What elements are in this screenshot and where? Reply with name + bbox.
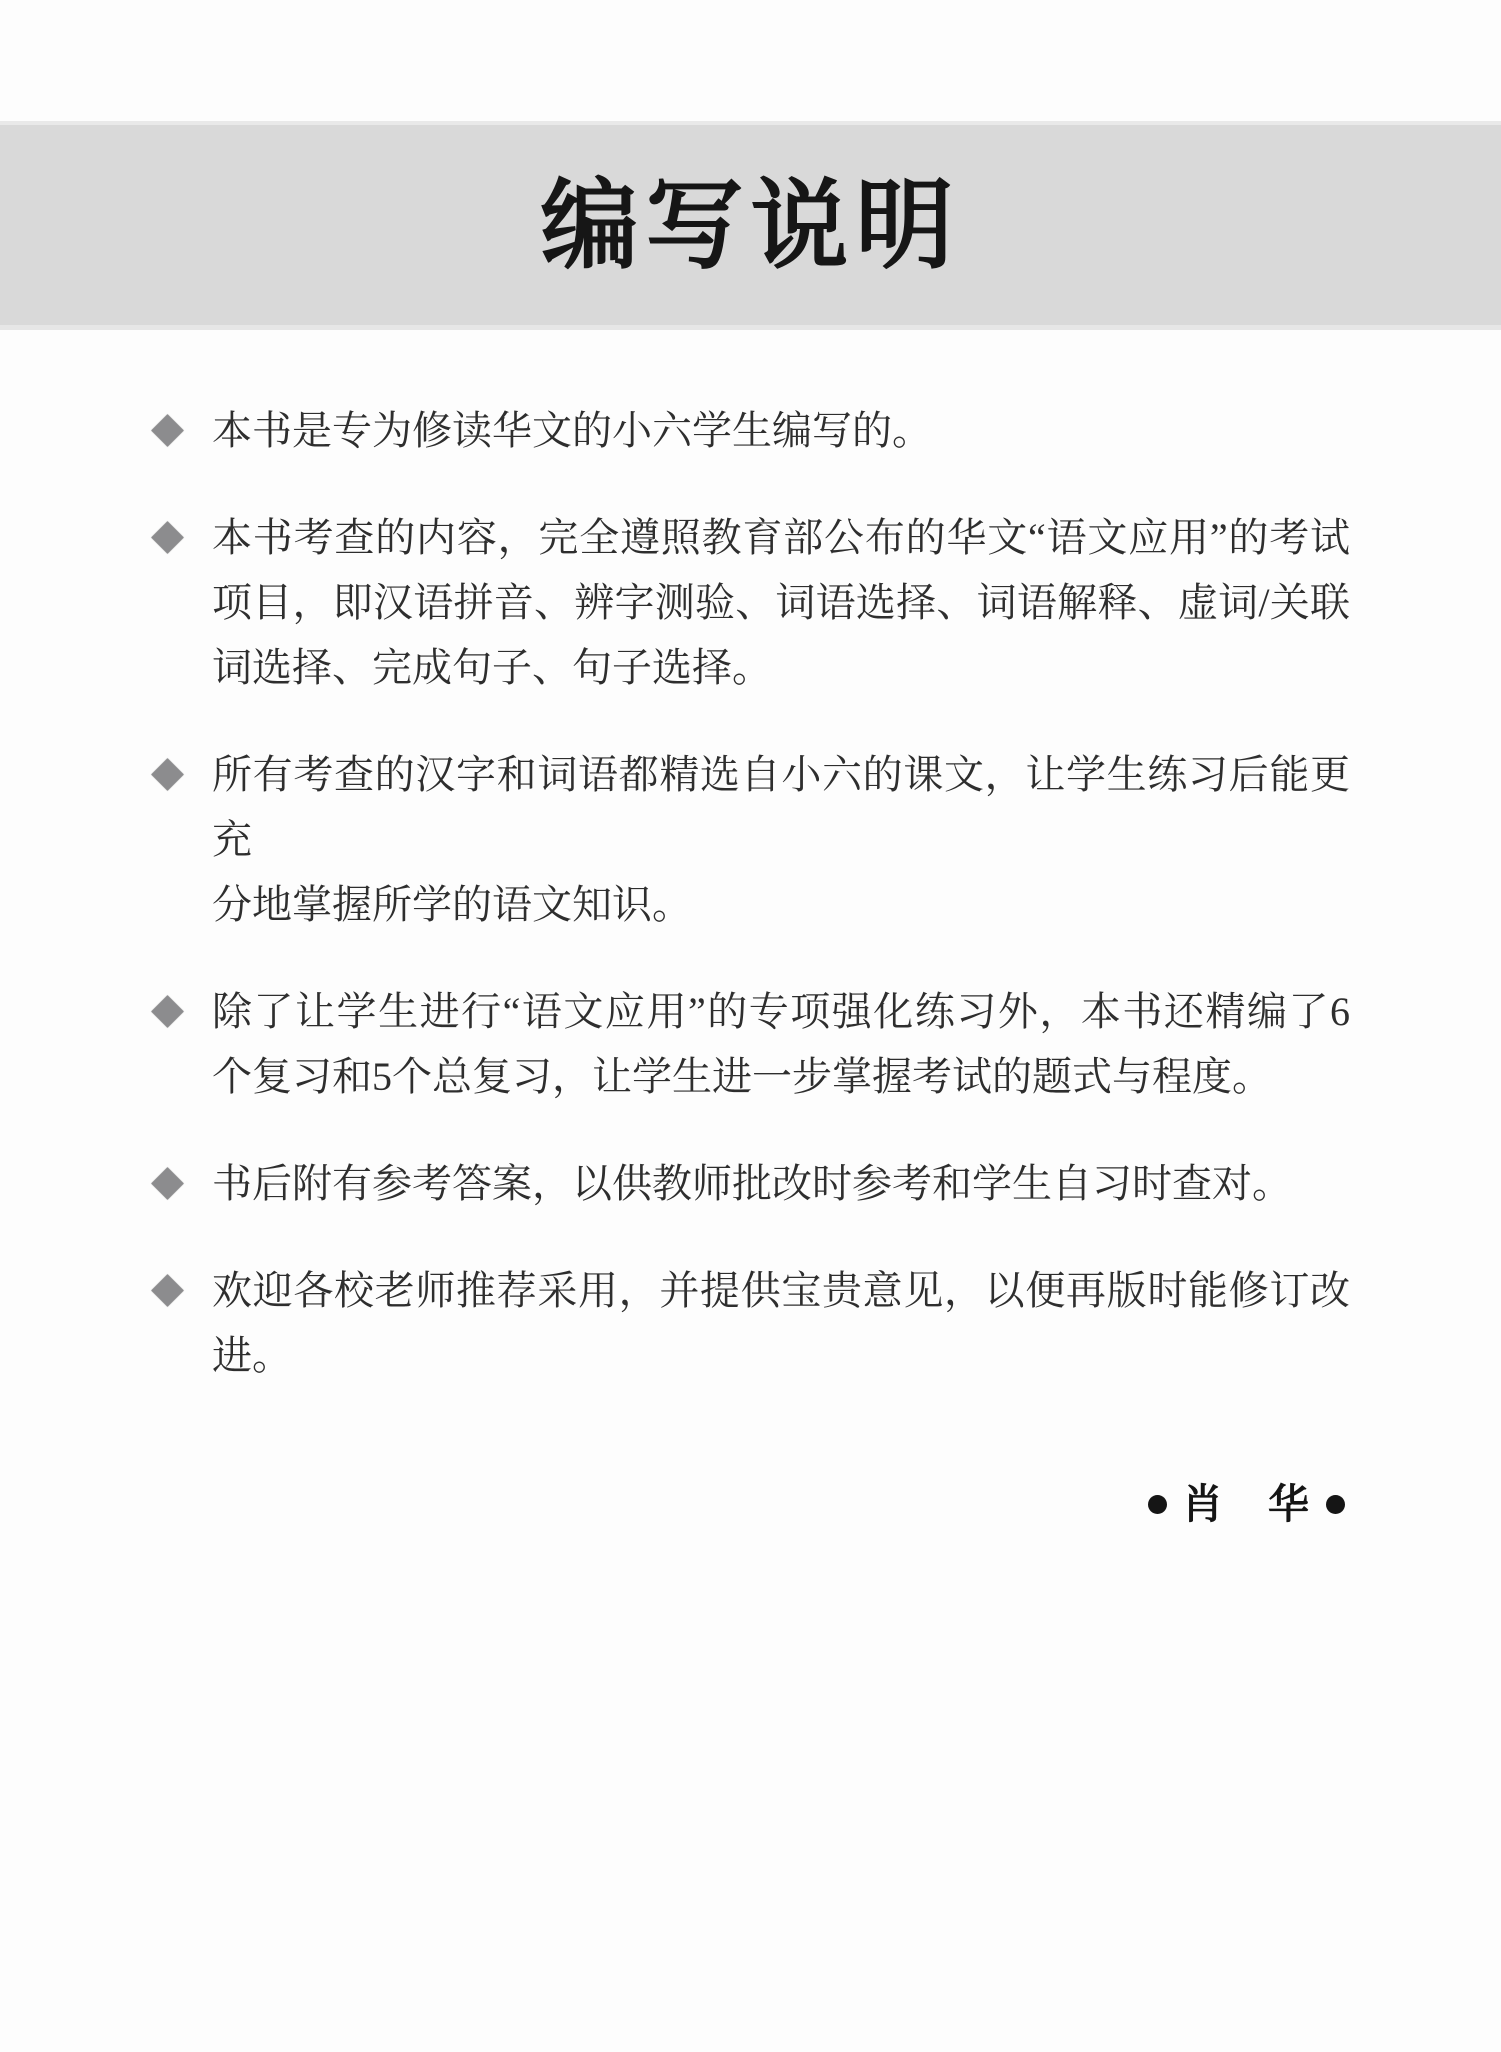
diamond-bullet-icon (152, 1151, 212, 1216)
diamond-shape (151, 414, 184, 447)
bullet-item: 欢迎各校老师推荐采用，并提供宝贵意见，以便再版时能修订改 进。 (152, 1258, 1350, 1388)
bullet-text-line: 词选择、完成句子、句子选择。 (212, 635, 1350, 700)
diamond-bullet-icon (152, 1258, 212, 1323)
bullet-text-line: 分地掌握所学的语文知识。 (212, 872, 1350, 937)
bullet-item: 本书是专为修读华文的小六学生编写的。 (152, 398, 1350, 463)
diamond-bullet-icon (152, 398, 212, 463)
signature-dot-icon (1148, 1495, 1167, 1514)
bullet-text-line: 书后附有参考答案，以供教师批改时参考和学生自习时查对。 (212, 1151, 1350, 1216)
diamond-shape (151, 1274, 184, 1307)
diamond-bullet-icon (152, 742, 212, 807)
author-signature: 肖 华 (1148, 1484, 1345, 1525)
title-band: 编写说明 (0, 121, 1501, 330)
diamond-bullet-icon (152, 979, 212, 1044)
signature-dot-icon (1326, 1495, 1345, 1514)
bullet-item: 除了让学生进行“语文应用”的专项强化练习外，本书还精编了6 个复习和5个总复习，… (152, 979, 1350, 1109)
bullet-text-line: 本书考查的内容，完全遵照教育部公布的华文“语文应用”的考试 (212, 505, 1350, 570)
diamond-shape (151, 758, 184, 791)
bullet-text-line: 个复习和5个总复习，让学生进一步掌握考试的题式与程度。 (212, 1044, 1350, 1109)
author-name: 肖 华 (1182, 1484, 1311, 1525)
bullet-text-line: 所有考查的汉字和词语都精选自小六的课文，让学生练习后能更充 (212, 742, 1350, 872)
page-title: 编写说明 (540, 176, 960, 274)
bullet-text: 除了让学生进行“语文应用”的专项强化练习外，本书还精编了6 个复习和5个总复习，… (212, 979, 1350, 1109)
bullet-text-line: 本书是专为修读华文的小六学生编写的。 (212, 398, 1350, 463)
bullet-item: 所有考查的汉字和词语都精选自小六的课文，让学生练习后能更充 分地掌握所学的语文知… (152, 742, 1350, 937)
diamond-shape (151, 1167, 184, 1200)
bullet-text: 欢迎各校老师推荐采用，并提供宝贵意见，以便再版时能修订改 进。 (212, 1258, 1350, 1388)
bullet-text-line: 进。 (212, 1323, 1350, 1388)
bullet-item: 书后附有参考答案，以供教师批改时参考和学生自习时查对。 (152, 1151, 1350, 1216)
diamond-shape (151, 995, 184, 1028)
bullet-text: 书后附有参考答案，以供教师批改时参考和学生自习时查对。 (212, 1151, 1350, 1216)
diamond-bullet-icon (152, 505, 212, 570)
bullet-text-line: 除了让学生进行“语文应用”的专项强化练习外，本书还精编了6 (212, 979, 1350, 1044)
bullet-text-line: 欢迎各校老师推荐采用，并提供宝贵意见，以便再版时能修订改 (212, 1258, 1350, 1323)
bullet-item: 本书考查的内容，完全遵照教育部公布的华文“语文应用”的考试 项目，即汉语拼音、辨… (152, 505, 1350, 700)
bullet-text: 本书考查的内容，完全遵照教育部公布的华文“语文应用”的考试 项目，即汉语拼音、辨… (212, 505, 1350, 700)
bullet-text-line: 项目，即汉语拼音、辨字测验、词语选择、词语解释、虚词/关联 (212, 570, 1350, 635)
diamond-shape (151, 521, 184, 554)
preface-content: 本书是专为修读华文的小六学生编写的。 本书考查的内容，完全遵照教育部公布的华文“… (152, 398, 1350, 1430)
bullet-text: 本书是专为修读华文的小六学生编写的。 (212, 398, 1350, 463)
bullet-text: 所有考查的汉字和词语都精选自小六的课文，让学生练习后能更充 分地掌握所学的语文知… (212, 742, 1350, 937)
